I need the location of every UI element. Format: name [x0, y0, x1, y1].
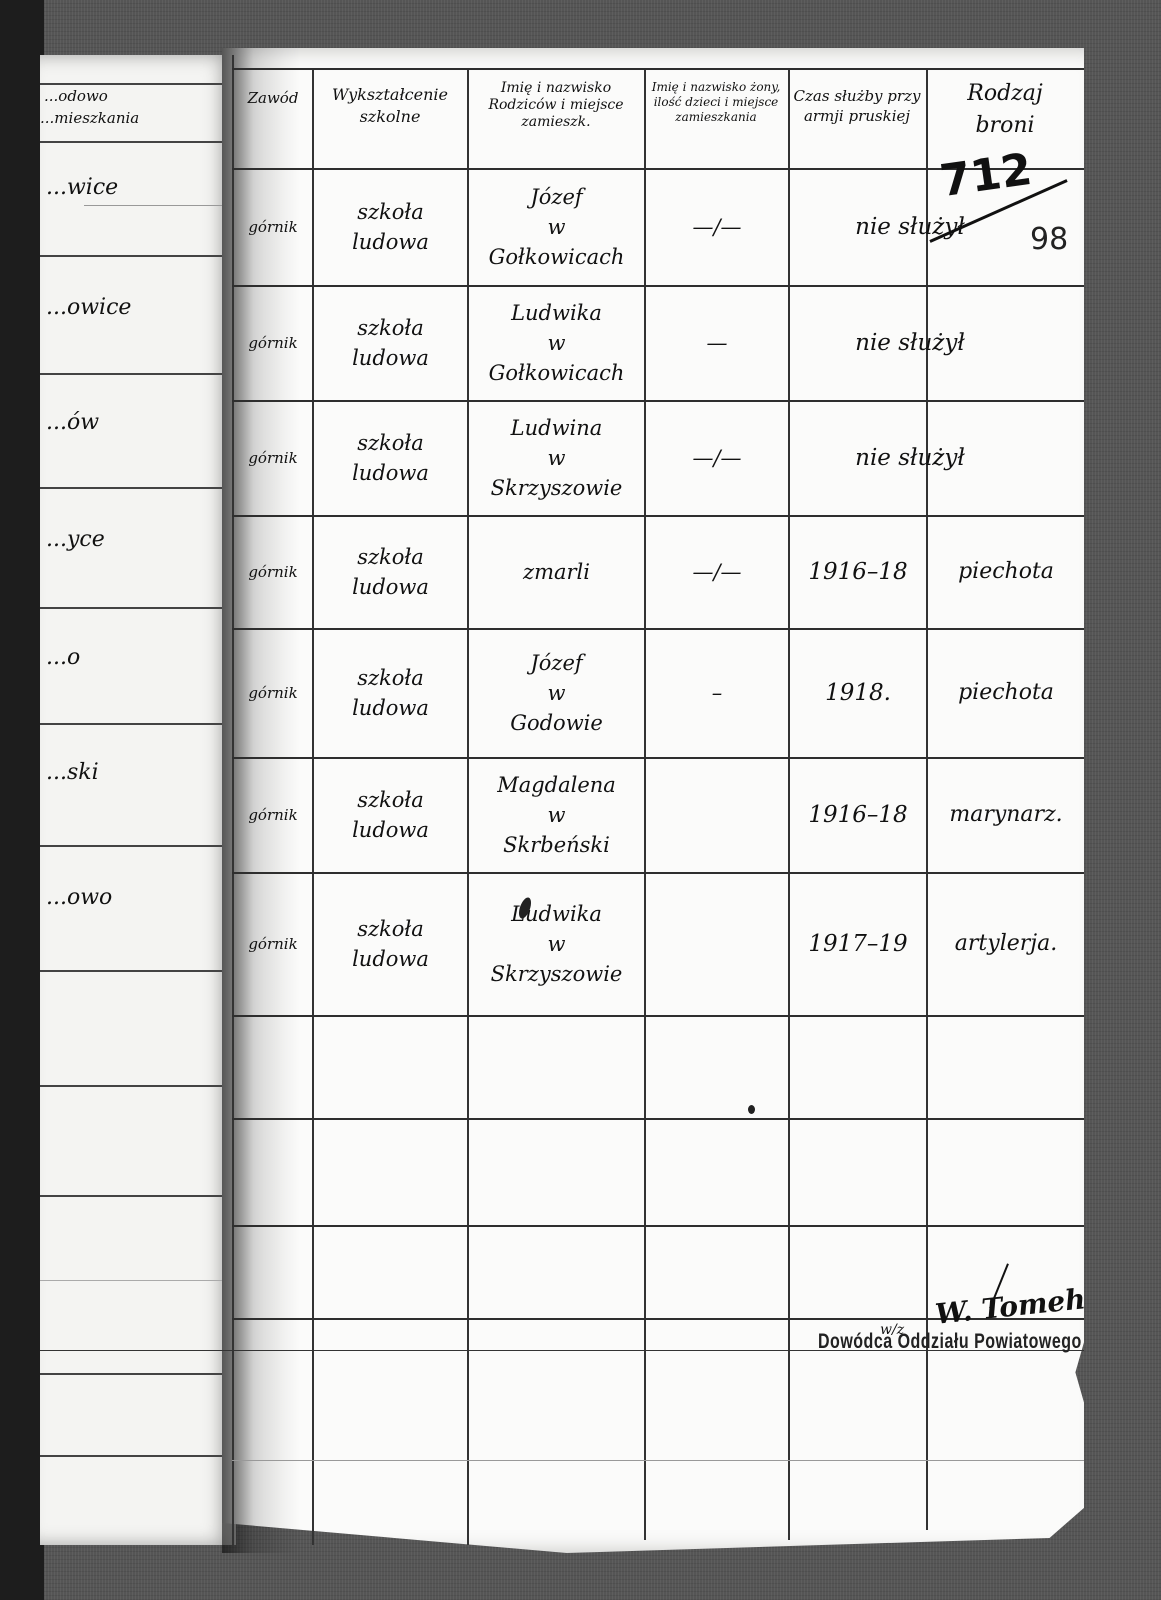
cell-occupation: górnik	[234, 757, 312, 872]
cell-branch: marynarz.	[928, 757, 1084, 872]
wife-children-text: —/—	[692, 443, 741, 473]
left-row-fragment: ...ski	[46, 760, 99, 785]
cell-education: szkołaludowa	[314, 515, 467, 628]
parents-line: Ludwika	[511, 298, 602, 328]
row-divider	[232, 1015, 1084, 1017]
cell-branch: artylerja.	[928, 872, 1084, 1015]
cell-wife-children: —	[646, 285, 788, 400]
cell-education: szkołaludowa	[314, 628, 467, 757]
row-divider	[232, 1225, 1084, 1227]
header-education: Wykształcenie szkolne	[314, 84, 466, 128]
education-line: ludowa	[352, 572, 429, 602]
occupation-text: górnik	[248, 929, 297, 959]
left-row-fragment: ...ów	[46, 410, 99, 435]
parents-line: w	[548, 929, 566, 959]
parents-line: Gołkowicach	[489, 242, 625, 272]
cell-occupation: górnik	[234, 628, 312, 757]
cell-service-time: 1918.	[790, 628, 926, 757]
cell-occupation: górnik	[234, 168, 312, 285]
education-line: ludowa	[352, 343, 429, 373]
occupation-text: górnik	[248, 678, 297, 708]
cell-education: szkołaludowa	[314, 757, 467, 872]
cell-service-time: 1917–19	[790, 872, 926, 1015]
cell-parents: LudwikawSkrzyszowie	[469, 872, 644, 1015]
parents-line: zmarli	[523, 557, 590, 587]
left-row-fragment: ...o	[46, 645, 80, 670]
cell-branch	[928, 400, 1084, 515]
branch-text: piechota	[958, 678, 1054, 708]
parents-line: Magdalena	[497, 770, 616, 800]
cell-branch	[928, 168, 1084, 285]
left-row-fragment: ...wice	[46, 175, 118, 200]
left-header-line-2: ...mieszkania	[40, 107, 139, 129]
cell-parents: zmarli	[469, 515, 644, 628]
parents-line: w	[548, 212, 566, 242]
education-line: szkoła	[357, 542, 424, 572]
parents-line: Godowie	[510, 708, 603, 738]
left-page-header: ...odowo ...mieszkania	[44, 85, 139, 129]
cell-occupation: górnik	[234, 515, 312, 628]
cell-parents: JózefwGołkowicach	[469, 168, 644, 285]
wife-children-text: –	[712, 678, 723, 708]
cell-education: szkołaludowa	[314, 285, 467, 400]
cell-occupation: górnik	[234, 872, 312, 1015]
header-parents: Imię i nazwisko Rodziców i miejsce zamie…	[469, 80, 643, 131]
cell-wife-children: —/—	[646, 400, 788, 515]
parents-line: Józef	[530, 182, 582, 212]
education-line: szkoła	[357, 914, 424, 944]
parents-line: w	[548, 328, 566, 358]
cell-parents: LudwinawSkrzyszowie	[469, 400, 644, 515]
parents-line: Skrzyszowie	[491, 959, 623, 989]
cell-occupation: górnik	[234, 400, 312, 515]
left-header-line-1: ...odowo	[44, 85, 139, 107]
left-row-fragment: ...yce	[46, 527, 105, 552]
education-line: szkoła	[357, 663, 424, 693]
cell-branch	[928, 285, 1084, 400]
service-time-text: 1916–18	[808, 800, 907, 830]
education-line: ludowa	[352, 227, 429, 257]
parents-line: Skrzyszowie	[491, 473, 623, 503]
scan-edge-shadow	[0, 0, 44, 1600]
branch-text: piechota	[958, 557, 1054, 587]
cell-parents: JózefwGodowie	[469, 628, 644, 757]
wife-children-text: —	[707, 328, 728, 358]
cell-branch: piechota	[928, 515, 1084, 628]
education-line: szkoła	[357, 428, 424, 458]
wife-children-text: —/—	[692, 557, 741, 587]
service-time-text: 1917–19	[808, 929, 907, 959]
cell-wife-children: —/—	[646, 515, 788, 628]
row-divider	[232, 1118, 1084, 1120]
row-divider	[232, 1460, 1084, 1461]
cell-wife-children: –	[646, 628, 788, 757]
parents-line: w	[548, 443, 566, 473]
education-line: ludowa	[352, 458, 429, 488]
parents-line: Skrbeński	[503, 830, 610, 860]
left-page: ...odowo ...mieszkania ...wice ...owice …	[40, 55, 236, 1545]
service-time-text: 1918.	[825, 678, 891, 708]
education-line: ludowa	[352, 693, 429, 723]
cell-education: szkołaludowa	[314, 168, 467, 285]
cell-education: szkołaludowa	[314, 400, 467, 515]
header-occupation: Zawód	[234, 90, 312, 107]
occupation-text: górnik	[248, 443, 297, 473]
left-row-fragment: ...owice	[46, 295, 131, 320]
parents-line: w	[548, 678, 566, 708]
cell-wife-children	[646, 757, 788, 872]
left-row-fragment: ...owo	[46, 885, 112, 910]
education-line: szkoła	[357, 313, 424, 343]
education-line: ludowa	[352, 944, 429, 974]
parents-line: Gołkowicach	[489, 358, 625, 388]
branch-text: marynarz.	[949, 800, 1062, 830]
wife-children-text: —/—	[692, 212, 741, 242]
education-line: szkoła	[357, 785, 424, 815]
cell-education: szkołaludowa	[314, 872, 467, 1015]
parents-line: Józef	[530, 648, 582, 678]
occupation-text: górnik	[248, 800, 297, 830]
occupation-text: górnik	[248, 212, 297, 242]
cell-service-time: 1916–18	[790, 515, 926, 628]
parents-line: w	[548, 800, 566, 830]
occupation-text: górnik	[248, 557, 297, 587]
header-service-time: Czas służby przy armji pruskiej	[790, 86, 924, 126]
cell-parents: LudwikawGołkowicach	[469, 285, 644, 400]
header-branch: Rodzaj broni	[935, 78, 1075, 142]
parents-line: Ludwina	[511, 413, 603, 443]
occupation-text: górnik	[248, 328, 297, 358]
table-top-rule	[232, 68, 1084, 70]
cell-occupation: górnik	[234, 285, 312, 400]
service-time-text: 1916–18	[808, 557, 907, 587]
education-line: ludowa	[352, 815, 429, 845]
cell-branch: piechota	[928, 628, 1084, 757]
cell-parents: MagdalenawSkrbeński	[469, 757, 644, 872]
branch-text: artylerja.	[955, 929, 1057, 959]
cell-wife-children	[646, 872, 788, 1015]
official-stamp: Dowódca Oddziału Powiatowego	[818, 1331, 1082, 1354]
cell-service-time: 1916–18	[790, 757, 926, 872]
ink-blot	[748, 1105, 755, 1114]
education-line: szkoła	[357, 197, 424, 227]
header-wife-children: Imię i nazwisko żony, ilość dzieci i mie…	[646, 80, 786, 125]
cell-wife-children: —/—	[646, 168, 788, 285]
